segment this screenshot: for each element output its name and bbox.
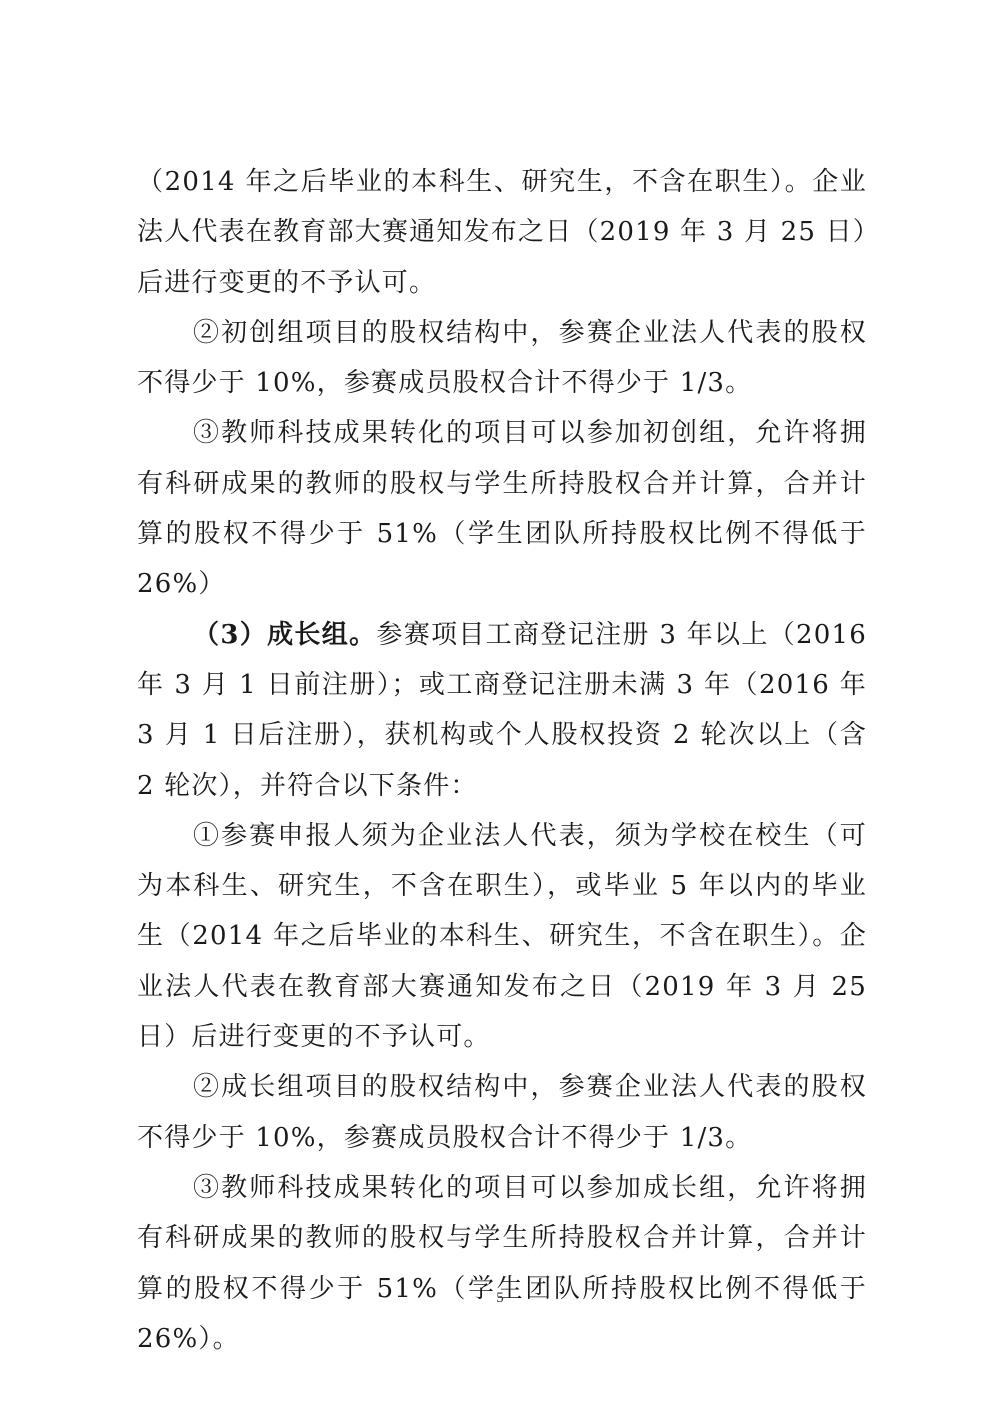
paragraph-growth-applicant: ①参赛申报人须为企业法人代表，须为学校在校生（可为本科生、研究生，不含在职生），… (137, 811, 867, 1062)
paragraph-growth-group: （3）成长组。参赛项目工商登记注册 3 年以上（2016 年 3 月 1 日前注… (137, 610, 867, 811)
paragraph-startup-equity-structure: ②初创组项目的股权结构中，参赛企业法人代表的股权不得少于 10%，参赛成员股权合… (137, 308, 867, 409)
paragraph-continuation: （2014 年之后毕业的本科生、研究生，不含在职生）。企业法人代表在教育部大赛通… (137, 157, 867, 308)
paragraph-startup-teacher-transfer: ③教师科技成果转化的项目可以参加初创组，允许将拥有科研成果的教师的股权与学生所持… (137, 408, 867, 609)
paragraph-growth-teacher-transfer: ③教师科技成果转化的项目可以参加成长组，允许将拥有科研成果的教师的股权与学生所持… (137, 1163, 867, 1364)
document-body: （2014 年之后毕业的本科生、研究生，不含在职生）。企业法人代表在教育部大赛通… (137, 157, 867, 1364)
page-number: 5 (0, 1290, 1000, 1307)
paragraph-growth-equity-structure: ②成长组项目的股权结构中，参赛企业法人代表的股权不得少于 10%，参赛成员股权合… (137, 1062, 867, 1163)
section-heading-growth-group: （3）成长组。 (193, 620, 376, 650)
